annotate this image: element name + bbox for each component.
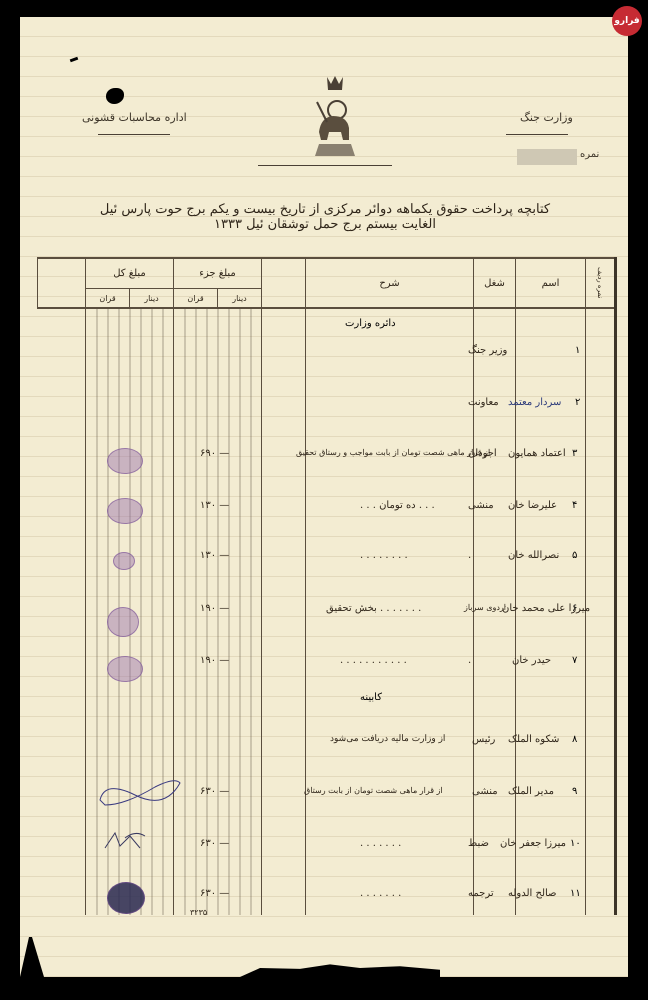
name-header: اسم xyxy=(516,258,586,308)
partial-amount-header: مبلغ جزء قراندینار xyxy=(174,258,262,308)
section-heading: دائره وزارت xyxy=(345,318,396,329)
signature-icon xyxy=(100,828,150,853)
ornament-divider xyxy=(258,165,392,166)
description-header: شرح xyxy=(306,258,474,308)
seal-stamp-icon xyxy=(113,552,135,570)
document-title: کتابچه پرداخت حقوق یکماهه دوائر مرکزی از… xyxy=(90,202,560,232)
blank-column-header xyxy=(262,258,306,308)
row-number-header: نمره ردیف xyxy=(586,258,616,308)
ministry-heading: وزارت جنگ xyxy=(520,111,573,124)
total-amount-header: مبلغ کل قراندینار xyxy=(86,258,174,308)
lion-and-sun-emblem-icon xyxy=(305,72,365,162)
document-number-field xyxy=(517,149,577,165)
seal-stamp-icon xyxy=(107,656,143,682)
watermark-logo-icon: فرارو xyxy=(612,6,642,36)
paper-tear xyxy=(240,959,440,977)
ornament-divider xyxy=(506,134,568,135)
paper-tear xyxy=(20,937,80,977)
seal-stamp-icon xyxy=(107,498,143,524)
subtotal: ۳۲۳۵ xyxy=(190,908,207,917)
section-heading: کابینه xyxy=(360,692,382,703)
seal-stamp-icon xyxy=(107,882,145,914)
margin-column-header xyxy=(38,258,86,308)
occupation-header: شغل xyxy=(474,258,516,308)
paper-hole xyxy=(106,88,124,104)
office-heading: اداره محاسبات قشونی xyxy=(82,111,187,124)
ornament-divider xyxy=(98,134,170,135)
signature-icon xyxy=(95,775,185,810)
seal-stamp-icon xyxy=(107,607,139,637)
payroll-ledger-table: مبلغ کل قراندینار مبلغ جزء قراندینار شرح… xyxy=(37,257,617,915)
seal-stamp-icon xyxy=(107,448,143,474)
document-number-label: نمره xyxy=(580,149,599,160)
paper-tear-mark xyxy=(70,57,79,63)
